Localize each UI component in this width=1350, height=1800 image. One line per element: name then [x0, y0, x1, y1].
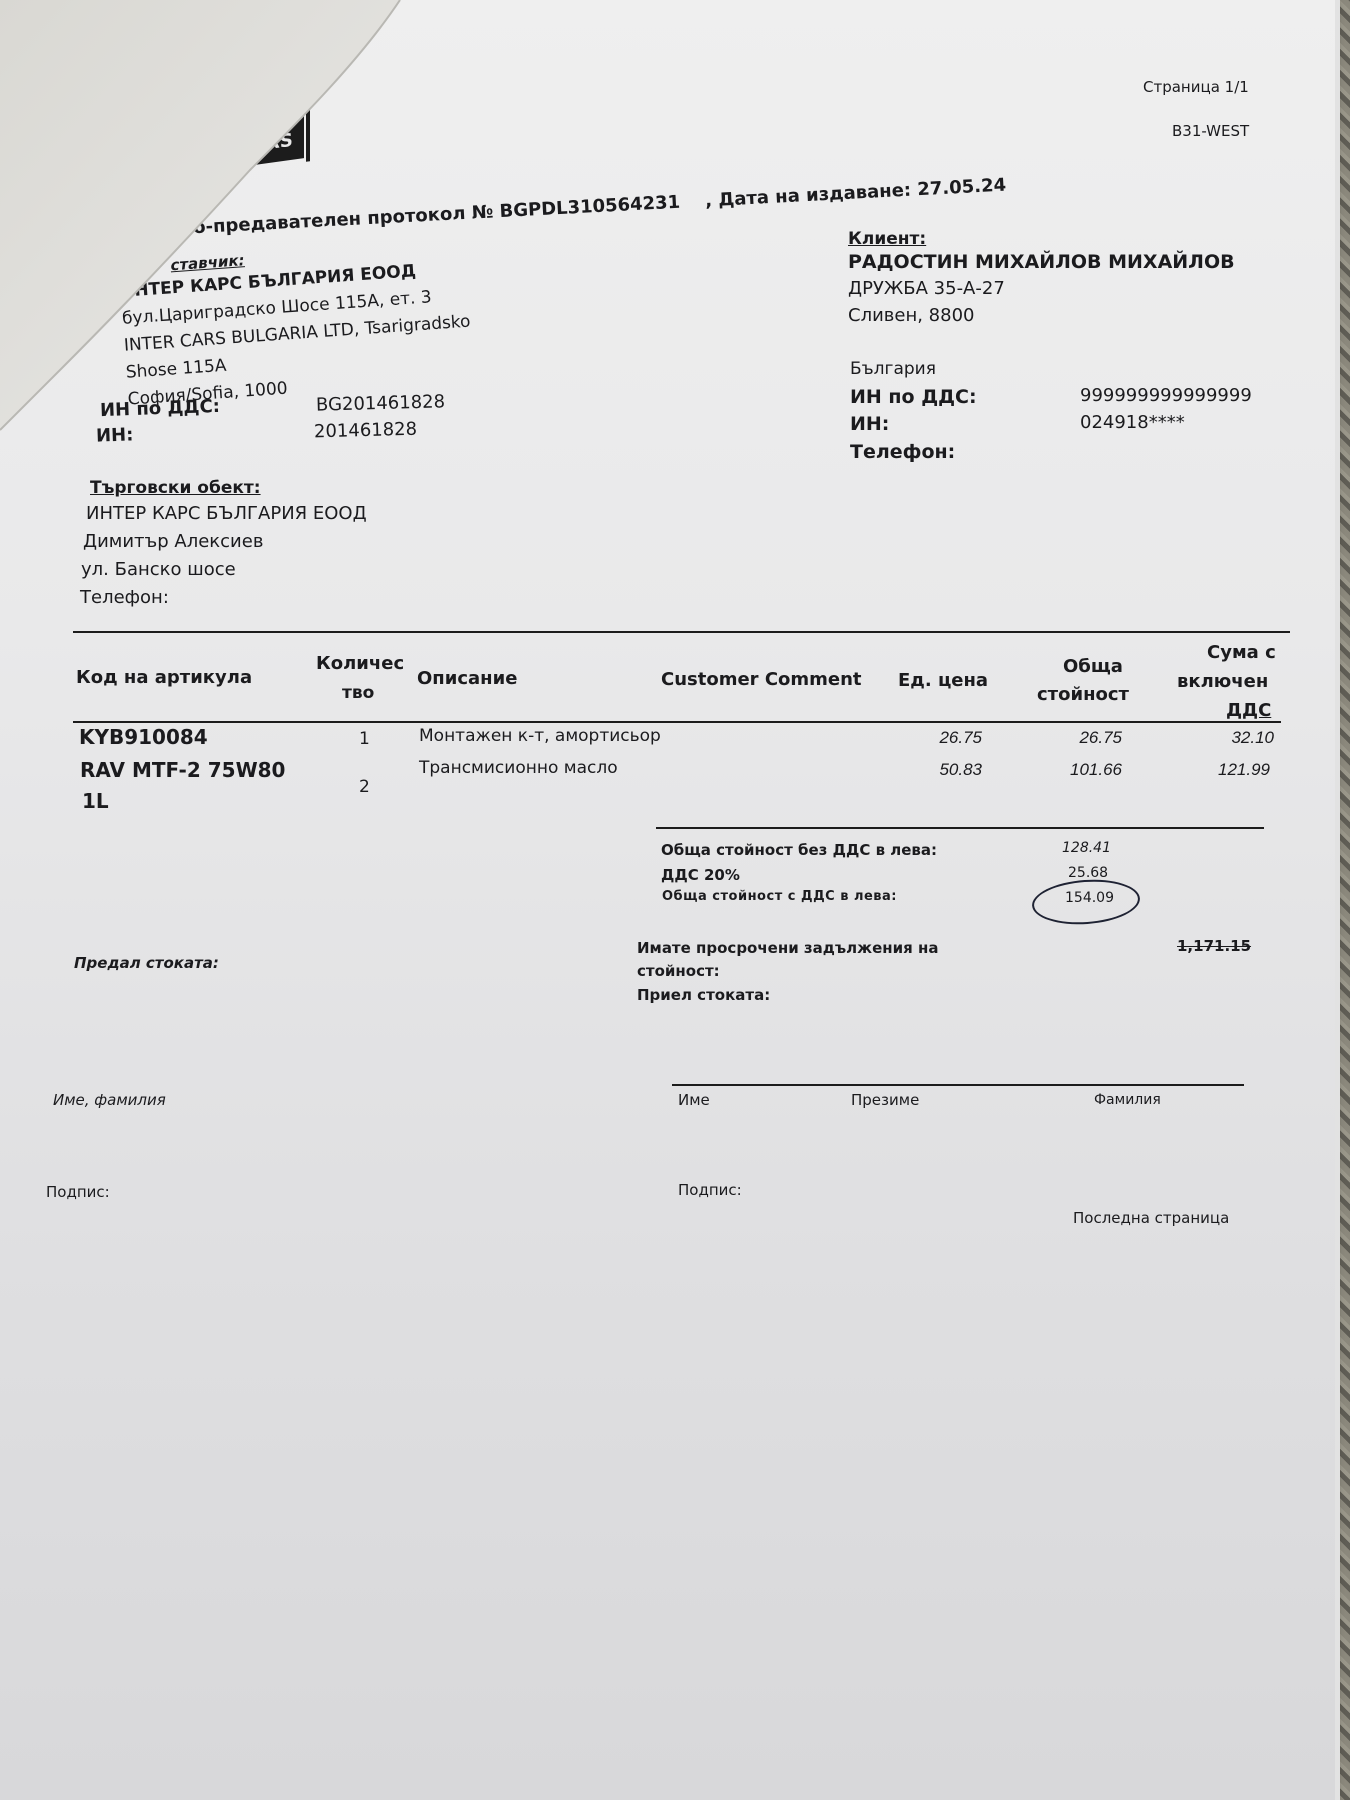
- client-country: България: [850, 359, 936, 379]
- handover-protocol: Страница 1/1 B31-WEST RS мо-предавателен…: [0, 0, 1350, 1800]
- store-phone-label: Телефон:: [80, 587, 169, 608]
- inter-cars-logo: RS: [242, 105, 310, 167]
- table-top-rule: [73, 631, 1290, 633]
- article-code: RAV MTF-2 75W80: [80, 758, 285, 782]
- header-with-vat-cont: включен: [1177, 671, 1268, 692]
- line-total-with-vat: 32.10: [1170, 728, 1274, 748]
- middle-name-label: Презиме: [851, 1091, 919, 1109]
- page-indicator: Страница 1/1: [1143, 78, 1249, 96]
- store-address: ул. Банско шосе: [81, 559, 236, 580]
- handed-over-label: Предал стоката:: [74, 954, 219, 972]
- supplier-vat-label: ИН по ДДС:: [100, 396, 221, 421]
- last-page-note: Последна страница: [1073, 1209, 1229, 1227]
- header-description: Описание: [417, 668, 517, 689]
- totals-rule: [656, 827, 1264, 829]
- signature-name-rule: [672, 1084, 1244, 1086]
- client-name: РАДОСТИН МИХАЙЛОВ МИХАЙЛОВ: [848, 251, 1235, 273]
- header-article-code: Код на артикула: [76, 667, 252, 688]
- name-surname-label: Име, фамилия: [53, 1091, 166, 1109]
- header-customer-comment: Customer Comment: [661, 669, 862, 690]
- branch-code: B31-WEST: [1172, 122, 1249, 140]
- issue-date: 27.05.24: [917, 175, 1007, 201]
- supplier-vat-value: BG201461828: [316, 391, 446, 415]
- line-total: 26.75: [1020, 728, 1122, 748]
- supplier-id-value: 201461828: [314, 419, 418, 443]
- signature-label-right: Подпис:: [678, 1181, 742, 1199]
- description: Трансмисионно масло: [419, 758, 618, 778]
- table-header-rule: [73, 721, 1281, 723]
- overdue-amount: 1,171.15: [1177, 937, 1251, 955]
- unit-price: 50.83: [880, 760, 982, 780]
- client-id-value: 024918****: [1080, 412, 1185, 433]
- header-total-cont: стойност: [1037, 684, 1129, 705]
- client-phone-label: Телефон:: [850, 441, 955, 463]
- store-label: Търговски обект:: [90, 478, 261, 498]
- header-with-vat: Сума с: [1207, 642, 1276, 663]
- quantity: 1: [359, 729, 370, 749]
- protocol-number: мо-предавателен протокол № BGPDL31056423…: [178, 192, 681, 239]
- line-total-with-vat: 121.99: [1170, 760, 1270, 780]
- received-label: Приел стоката:: [637, 986, 770, 1004]
- article-code-cont: 1L: [82, 789, 109, 813]
- header-unit-price: Ед. цена: [898, 670, 988, 691]
- vat-value: 25.68: [1068, 865, 1108, 881]
- client-vat-label: ИН по ДДС:: [850, 386, 977, 408]
- client-address-line: ДРУЖБА 35-А-27: [848, 278, 1005, 299]
- store-name: ИНТЕР КАРС БЪЛГАРИЯ ЕООД: [86, 503, 367, 524]
- vat-label: ДДС 20%: [661, 866, 740, 884]
- client-address-line: Сливен, 8800: [848, 305, 974, 326]
- quantity: 2: [359, 777, 370, 797]
- overdue-label-cont: стойност:: [637, 962, 720, 980]
- header-total: Обща: [1063, 656, 1123, 677]
- overdue-label: Имате просрочени задължения на: [637, 939, 938, 957]
- net-total-value: 128.41: [1062, 840, 1111, 856]
- signature-label-left: Подпис:: [46, 1183, 110, 1201]
- first-name-label: Име: [678, 1091, 710, 1109]
- supplier-id-label: ИН:: [96, 424, 134, 446]
- line-total: 101.66: [1020, 760, 1122, 780]
- header-with-vat-cont: ДДС: [1226, 700, 1271, 721]
- gross-total-label: Обща стойност с ДДС в лева:: [662, 889, 897, 904]
- unit-price: 26.75: [880, 728, 982, 748]
- handwritten-circle-mark: [1031, 876, 1142, 927]
- store-contact-person: Димитър Алексиев: [83, 531, 263, 552]
- header-quantity-cont: тво: [342, 683, 374, 703]
- last-name-label: Фамилия: [1094, 1092, 1161, 1108]
- article-code: KYB910084: [79, 725, 208, 749]
- client-label: Клиент:: [848, 229, 926, 249]
- client-vat-value: 999999999999999: [1080, 385, 1252, 406]
- supplier-label: ставчик:: [170, 251, 245, 274]
- header-quantity: Количес: [316, 653, 404, 674]
- net-total-label: Обща стойност без ДДС в лева:: [661, 841, 937, 859]
- description: Монтажен к-т, амортисьор: [419, 726, 661, 746]
- client-id-label: ИН:: [850, 413, 889, 435]
- issue-date-label: , Дата на издаване:: [705, 180, 912, 212]
- supplier-address-line: Shose 115A: [125, 356, 227, 383]
